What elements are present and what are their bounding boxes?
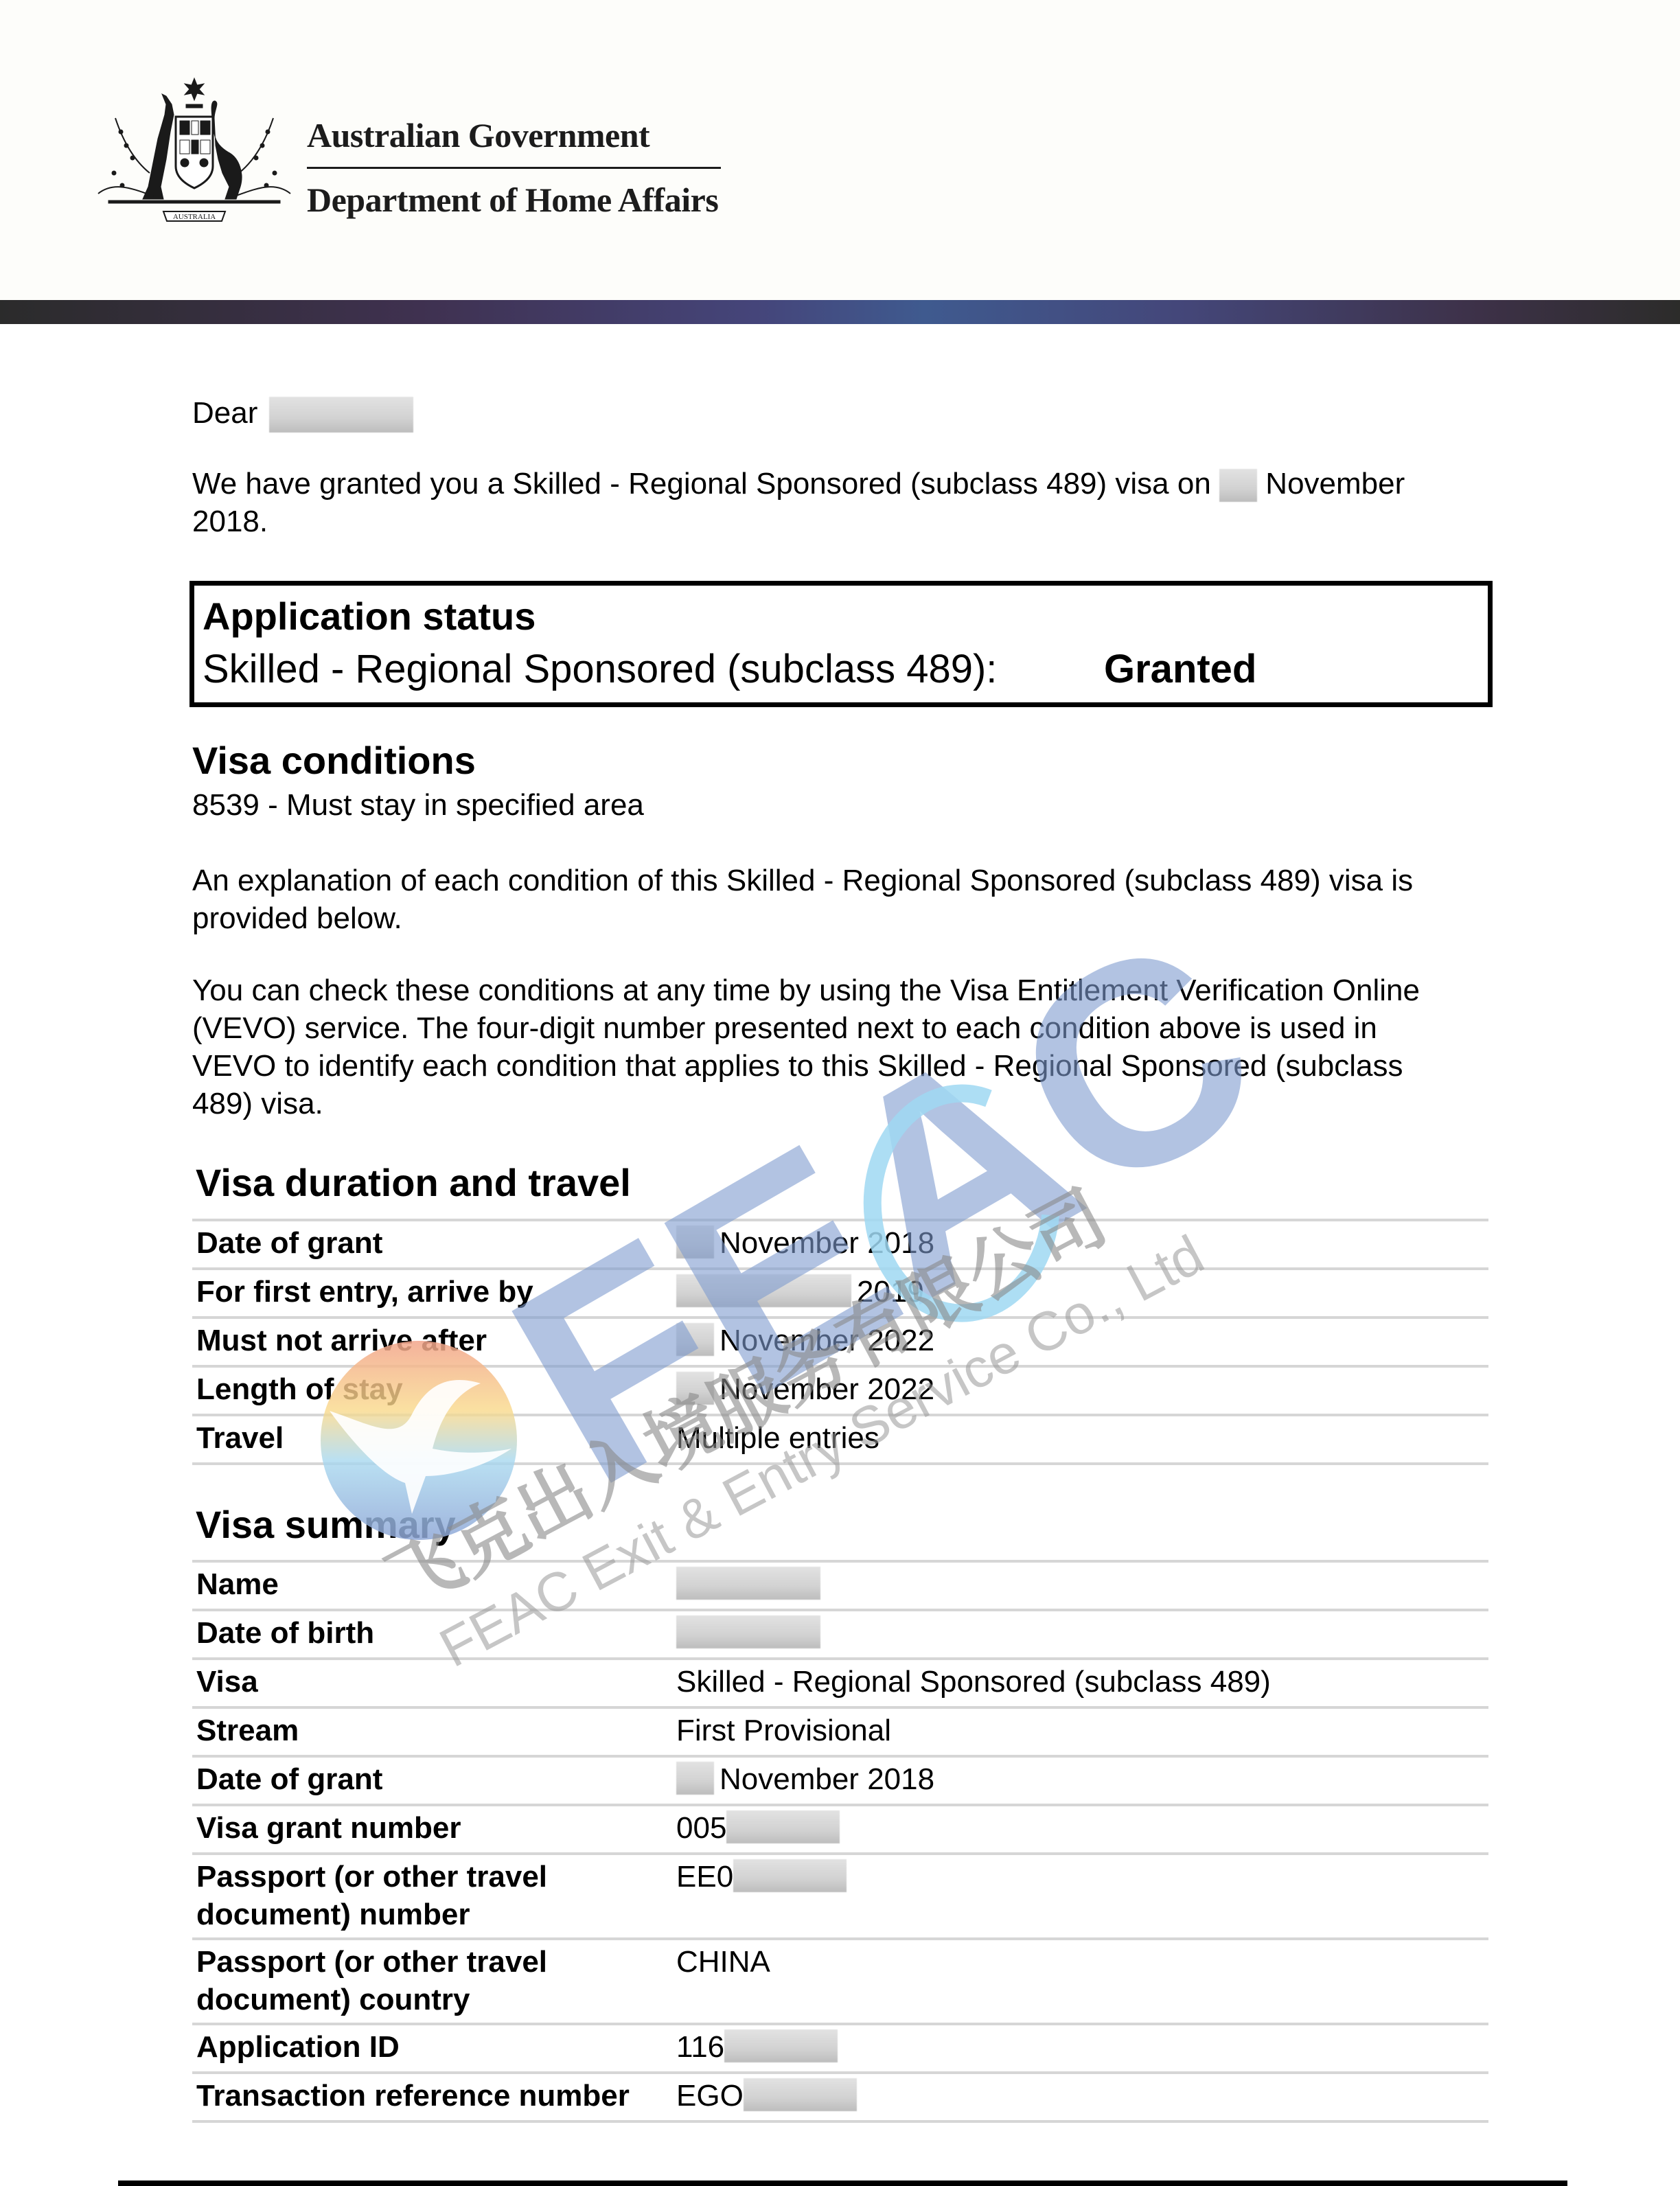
row-value: CHINA <box>676 1943 770 1981</box>
status-heading: Application status <box>203 594 536 638</box>
table-row: Length of stayNovember 2022 <box>192 1365 1488 1414</box>
table-row: Must not arrive afterNovember 2022 <box>192 1316 1488 1365</box>
row-label: Visa grant number <box>196 1809 461 1847</box>
redacted-field <box>724 2029 838 2062</box>
visa-summary-table: NameDate of birthVisaSkilled - Regional … <box>192 1560 1488 2123</box>
table-row: Date of birth <box>192 1609 1488 1657</box>
intro-paragraph: We have granted you a Skilled - Regional… <box>192 465 1405 540</box>
redacted-field <box>676 1372 714 1405</box>
table-row: Passport (or other travel document) numb… <box>192 1852 1488 1937</box>
header-banner <box>0 300 1680 324</box>
row-label: Stream <box>196 1712 299 1749</box>
table-row: Visa grant number005 <box>192 1804 1488 1852</box>
row-label: Passport (or other travel document) coun… <box>196 1943 547 2018</box>
row-label: Travel <box>196 1419 284 1457</box>
redacted-field <box>676 1762 714 1795</box>
row-label: Application ID <box>196 2028 400 2066</box>
visa-duration-heading: Visa duration and travel <box>196 1160 631 1205</box>
condition-item: 8539 - Must stay in specified area <box>192 786 644 824</box>
status-visa-name: Skilled - Regional Sponsored (subclass 4… <box>203 646 997 692</box>
row-value: First Provisional <box>676 1712 891 1749</box>
row-label: Transaction reference number <box>196 2077 630 2115</box>
redacted-field <box>676 1567 820 1600</box>
row-value: EGO <box>676 2077 857 2115</box>
row-value: 2019 <box>676 1273 924 1311</box>
table-row: TravelMultiple entries <box>192 1414 1488 1465</box>
redacted-name <box>269 397 413 433</box>
row-value <box>676 1565 820 1603</box>
row-value: November 2022 <box>676 1322 934 1359</box>
redacted-field <box>733 1859 847 1892</box>
row-label: Passport (or other travel document) numb… <box>196 1858 547 1933</box>
row-label: Name <box>196 1565 279 1603</box>
department-name: Department of Home Affairs <box>307 180 718 220</box>
row-label: Date of grant <box>196 1760 382 1798</box>
row-value: November 2022 <box>676 1370 934 1408</box>
table-row: Name <box>192 1560 1488 1609</box>
visa-duration-table: Date of grantNovember 2018For first entr… <box>192 1219 1488 1465</box>
redacted-day <box>1219 469 1257 502</box>
row-label: Length of stay <box>196 1370 403 1408</box>
row-value: Skilled - Regional Sponsored (subclass 4… <box>676 1663 1271 1701</box>
table-row: StreamFirst Provisional <box>192 1706 1488 1755</box>
redacted-field <box>744 2078 857 2111</box>
row-value: 005 <box>676 1809 840 1847</box>
row-value: November 2018 <box>676 1760 934 1798</box>
table-row: Transaction reference numberEGO <box>192 2071 1488 2123</box>
header-divider <box>307 167 721 169</box>
row-label: Must not arrive after <box>196 1322 487 1359</box>
conditions-explanation: An explanation of each condition of this… <box>192 862 1413 937</box>
redacted-field <box>676 1323 714 1356</box>
row-value: EE0 <box>676 1858 847 1896</box>
row-label: Date of grant <box>196 1224 382 1262</box>
status-badge: Granted <box>1104 646 1256 692</box>
salutation: Dear <box>192 394 413 433</box>
row-value: 116 <box>676 2028 838 2066</box>
table-row: Passport (or other travel document) coun… <box>192 1937 1488 2023</box>
table-row: Date of grantNovember 2018 <box>192 1219 1488 1267</box>
row-label: For first entry, arrive by <box>196 1273 533 1311</box>
table-row: For first entry, arrive by2019 <box>192 1267 1488 1316</box>
redacted-field <box>676 1615 820 1648</box>
redacted-field <box>676 1274 851 1307</box>
visa-summary-heading: Visa summary <box>196 1502 456 1547</box>
row-label: Visa <box>196 1663 258 1701</box>
letterhead: AUSTRALIA Australian Government Departme… <box>0 0 1680 300</box>
svg-text:AUSTRALIA: AUSTRALIA <box>173 213 216 221</box>
application-status-box: Application status Skilled - Regional Sp… <box>189 581 1493 707</box>
table-row: Date of grantNovember 2018 <box>192 1755 1488 1804</box>
row-value <box>676 1614 820 1652</box>
redacted-field <box>726 1810 840 1843</box>
table-row: Application ID116 <box>192 2023 1488 2071</box>
row-label: Date of birth <box>196 1614 374 1652</box>
row-value: Multiple entries <box>676 1419 879 1457</box>
coat-of-arms-icon: AUSTRALIA <box>95 77 294 225</box>
government-name: Australian Government <box>307 115 649 155</box>
vevo-paragraph: You can check these conditions at any ti… <box>192 971 1420 1123</box>
redacted-field <box>676 1226 714 1258</box>
footer-rule <box>118 2181 1567 2186</box>
visa-conditions-heading: Visa conditions <box>192 738 476 783</box>
row-value: November 2018 <box>676 1224 934 1262</box>
table-row: VisaSkilled - Regional Sponsored (subcla… <box>192 1657 1488 1706</box>
